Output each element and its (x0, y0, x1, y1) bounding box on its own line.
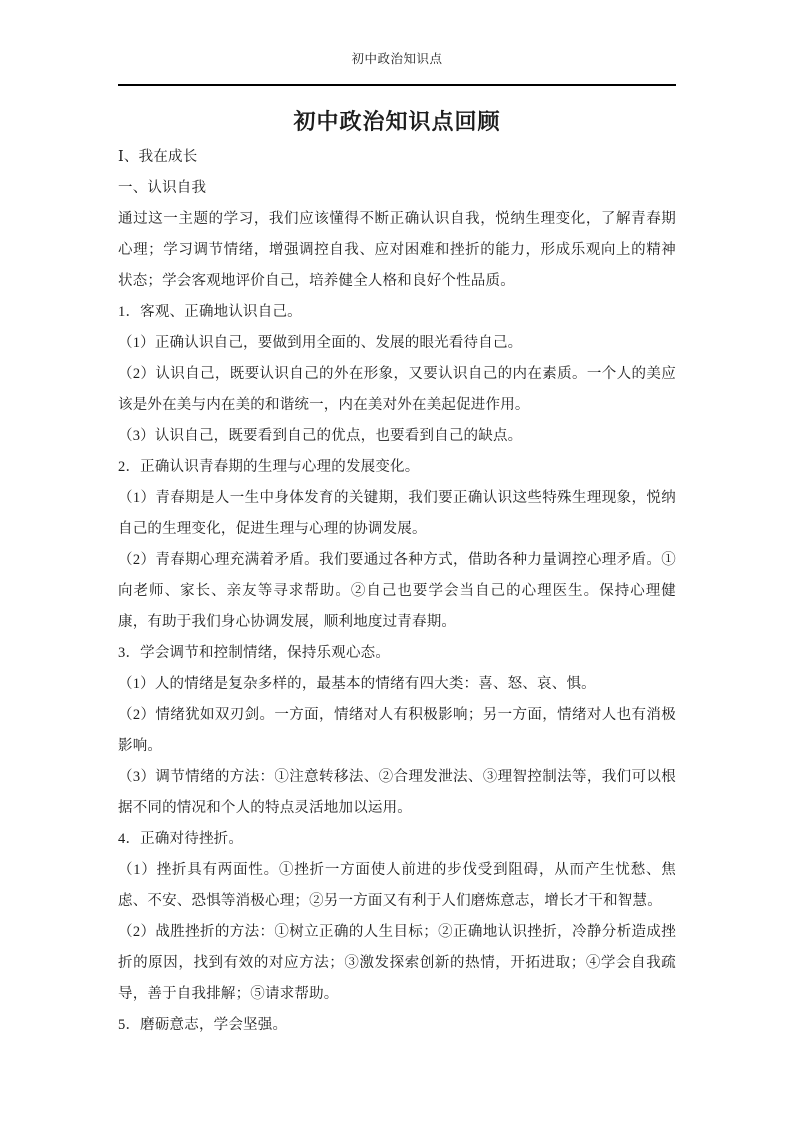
paragraph: （1）青春期是人一生中身体发育的关键期，我们要正确认识这些特殊生理现象，悦纳自己… (118, 483, 676, 545)
paragraph: 3．学会调节和控制情绪，保持乐观心态。 (118, 638, 676, 669)
paragraph: （3）调节情绪的方法：①注意转移法、②合理发泄法、③理智控制法等，我们可以根据不… (118, 762, 676, 824)
paragraph: 2．正确认识青春期的生理与心理的发展变化。 (118, 452, 676, 483)
paragraph: （3）认识自己，既要看到自己的优点，也要看到自己的缺点。 (118, 421, 676, 452)
header-rule (118, 84, 676, 86)
intro-paragraph: 通过这一主题的学习，我们应该懂得不断正确认识自我，悦纳生理变化，了解青春期心理；… (118, 204, 676, 297)
section-heading: 一、认识自我 (118, 173, 676, 204)
paragraph: （1）挫折具有两面性。①挫折一方面使人前进的步伐受到阻碍，从而产生忧愁、焦虑、不… (118, 855, 676, 917)
paragraph: （2）战胜挫折的方法：①树立正确的人生目标；②正确地认识挫折，冷静分析造成挫折的… (118, 917, 676, 1010)
paragraph: （2）认识自己，既要认识自己的外在形象，又要认识自己的内在素质。一个人的美应该是… (118, 359, 676, 421)
page-header-title: 初中政治知识点 (118, 52, 676, 67)
document-page: 初中政治知识点 初中政治知识点回顾 Ⅰ、我在成长 一、认识自我 通过这一主题的学… (0, 0, 794, 1123)
document-body: Ⅰ、我在成长 一、认识自我 通过这一主题的学习，我们应该懂得不断正确认识自我，悦… (118, 142, 676, 1041)
paragraph: （1）正确认识自己，要做到用全面的、发展的眼光看待自己。 (118, 328, 676, 359)
paragraph: 4．正确对待挫折。 (118, 824, 676, 855)
unit-heading: Ⅰ、我在成长 (118, 142, 676, 173)
paragraph: 1．客观、正确地认识自己。 (118, 297, 676, 328)
paragraph: （2）情绪犹如双刃剑。一方面，情绪对人有积极影响；另一方面，情绪对人也有消极影响… (118, 700, 676, 762)
document-title: 初中政治知识点回顾 (118, 107, 676, 137)
paragraph: 5．磨砺意志，学会坚强。 (118, 1010, 676, 1041)
paragraph: （2）青春期心理充满着矛盾。我们要通过各种方式，借助各种力量调控心理矛盾。①向老… (118, 545, 676, 638)
paragraph: （1）人的情绪是复杂多样的，最基本的情绪有四大类：喜、怒、哀、惧。 (118, 669, 676, 700)
